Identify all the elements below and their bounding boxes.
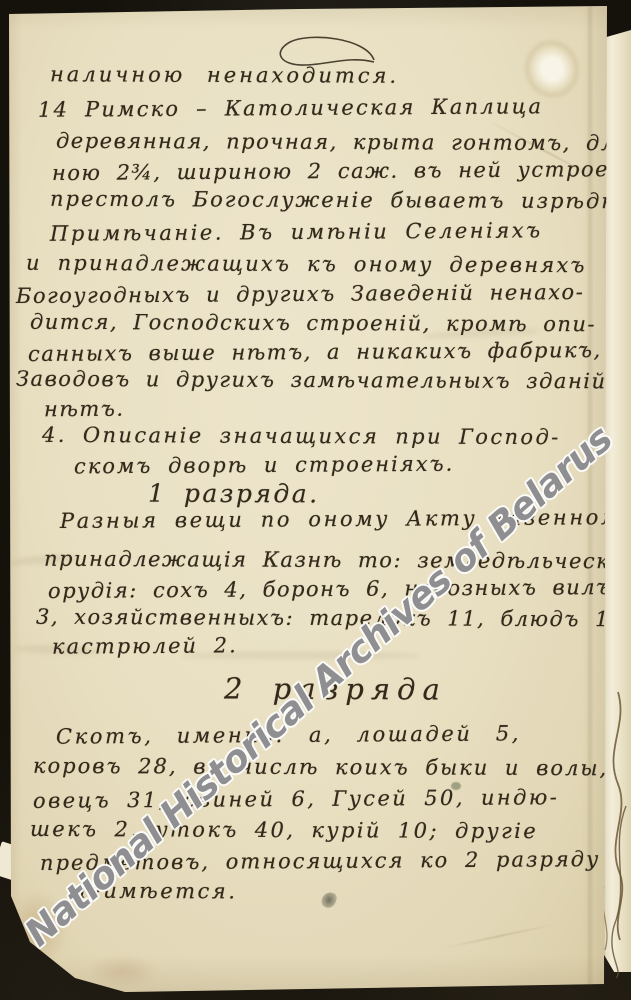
manuscript-line-25: шекъ 2, утокъ 40, курій 10; другіе <box>30 816 538 844</box>
manuscript-line-11: Заводовъ и другихъ замѣчательныхъ зданій <box>16 366 607 395</box>
manuscript-line-8: Богоугодныхъ и другихъ Заведеній ненахо- <box>16 279 584 309</box>
foxing-stain <box>4 890 68 970</box>
heading-razryad-2: 2 разряда <box>224 676 447 703</box>
manuscript-line-14: скомъ дворѣ и строеніяхъ. <box>74 451 454 480</box>
manuscript-line-2: 14 Римско – Католическая Каплица <box>38 93 543 123</box>
manuscript-line-7: и принадлежащихъ къ оному деревняхъ <box>26 250 587 278</box>
manuscript-line-19: 3, хозяйственныхъ: тарелокъ 11, блюдъ 1, <box>36 604 618 633</box>
manuscript-line-6: Примѣчаніе. Въ имѣніи Селеніяхъ <box>50 217 543 246</box>
manuscript-line-9: дится, Господскихъ строеній, кромѣ опи- <box>30 309 596 337</box>
manuscript-line-22: Скотъ, именно: а, лошадей 5, <box>56 720 521 749</box>
manuscript-line-16: Разныя вещи по оному Акту казенному <box>60 504 631 534</box>
manuscript-line-24: овецъ 31, свиней 6, Гусей 50, индю- <box>33 784 559 814</box>
manuscript-line-23: коровъ 28, въ числѣ коихъ быки и волы, <box>33 753 608 782</box>
manuscript-line-20: кастрюлей 2. <box>52 632 238 659</box>
manuscript-line-3: деревянная, прочная, крыта гонтомъ, дли- <box>56 128 631 157</box>
manuscript-line-5: престолъ Богослуженіе бываетъ изрѣдка <box>50 186 630 215</box>
page-crease <box>441 923 559 950</box>
heading-razryad-1: 1 разряда. <box>148 481 320 508</box>
manuscript-line-26: предметовъ, относящихся ко 2 разряду <box>40 846 600 876</box>
manuscript-page: наличною ненаходится. 14 Римско – Католи… <box>0 0 631 1000</box>
manuscript-line-17: принадлежащія Казнѣ то: земледѣльческія <box>44 546 631 575</box>
manuscript-line-1: наличною ненаходится. <box>50 61 399 89</box>
scan-background: наличною ненаходится. 14 Римско – Католи… <box>0 0 631 1000</box>
manuscript-line-18: орудія: сохъ 4, боронъ 6, навозныхъ вилъ <box>48 574 612 604</box>
manuscript-line-27: неимѣется. <box>72 878 238 905</box>
manuscript-line-10: санныхъ выше нѣтъ, а никакихъ фабрикъ, <box>28 337 602 367</box>
foxing-stain <box>88 955 158 987</box>
manuscript-line-4: ною 2¾, шириною 2 саж. въ ней устроенъ <box>52 156 631 186</box>
ink-blot <box>320 890 339 910</box>
manuscript-line-12: нѣтъ. <box>44 396 125 423</box>
manuscript-line-13: 4. Описаніе значащихся при Господ- <box>42 422 561 450</box>
